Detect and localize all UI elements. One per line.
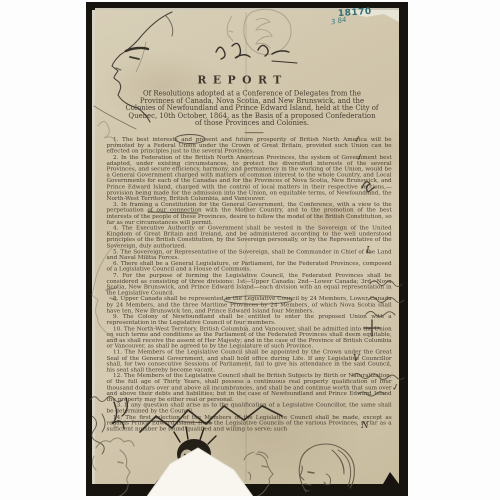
resolution-item: 4. The Executive Authority or Government… bbox=[107, 225, 392, 249]
report-subtitle: Of Resolutions adopted at a Conference o… bbox=[125, 91, 378, 128]
resolution-item: 11. The Members of the Legislative Counc… bbox=[107, 349, 392, 373]
resolution-item: 9. The Colony of Newfoundland shall be e… bbox=[107, 314, 392, 326]
report-paper: REPORT Of Resolutions adopted at a Confe… bbox=[95, 10, 399, 484]
photograph-matte: REPORT Of Resolutions adopted at a Confe… bbox=[0, 0, 500, 500]
resolution-item: 8. Upper Canada shall be represented in … bbox=[107, 296, 392, 314]
resolutions-list: 1. The best interests and present and fu… bbox=[107, 137, 392, 432]
resolution-item: 10. The North-West Territory, British Co… bbox=[107, 326, 392, 350]
resolution-item: 1. The best interests and present and fu… bbox=[107, 137, 392, 155]
resolution-item: 6. There shall be a General Legislature,… bbox=[107, 261, 392, 273]
printed-text-block: REPORT Of Resolutions adopted at a Confe… bbox=[95, 10, 399, 484]
resolution-item: 2. In the Federation of the British Nort… bbox=[107, 154, 392, 201]
report-title: REPORT bbox=[95, 73, 390, 86]
resolution-item: 13. If any question shall arise as to th… bbox=[107, 403, 392, 415]
resolution-item: 7. For the purpose of forming the Legisl… bbox=[107, 273, 392, 297]
divider-rule bbox=[245, 132, 264, 133]
resolution-item: 14. The first selection of the Members o… bbox=[107, 414, 392, 432]
resolution-item: 12. The Members of the Legislative Counc… bbox=[107, 373, 392, 403]
resolution-item: 3. In framing a Constitution for the Gen… bbox=[107, 202, 392, 226]
document-photo: REPORT Of Resolutions adopted at a Confe… bbox=[86, 2, 408, 496]
resolution-item: 5. The Sovereign, or Representative of t… bbox=[107, 249, 392, 261]
